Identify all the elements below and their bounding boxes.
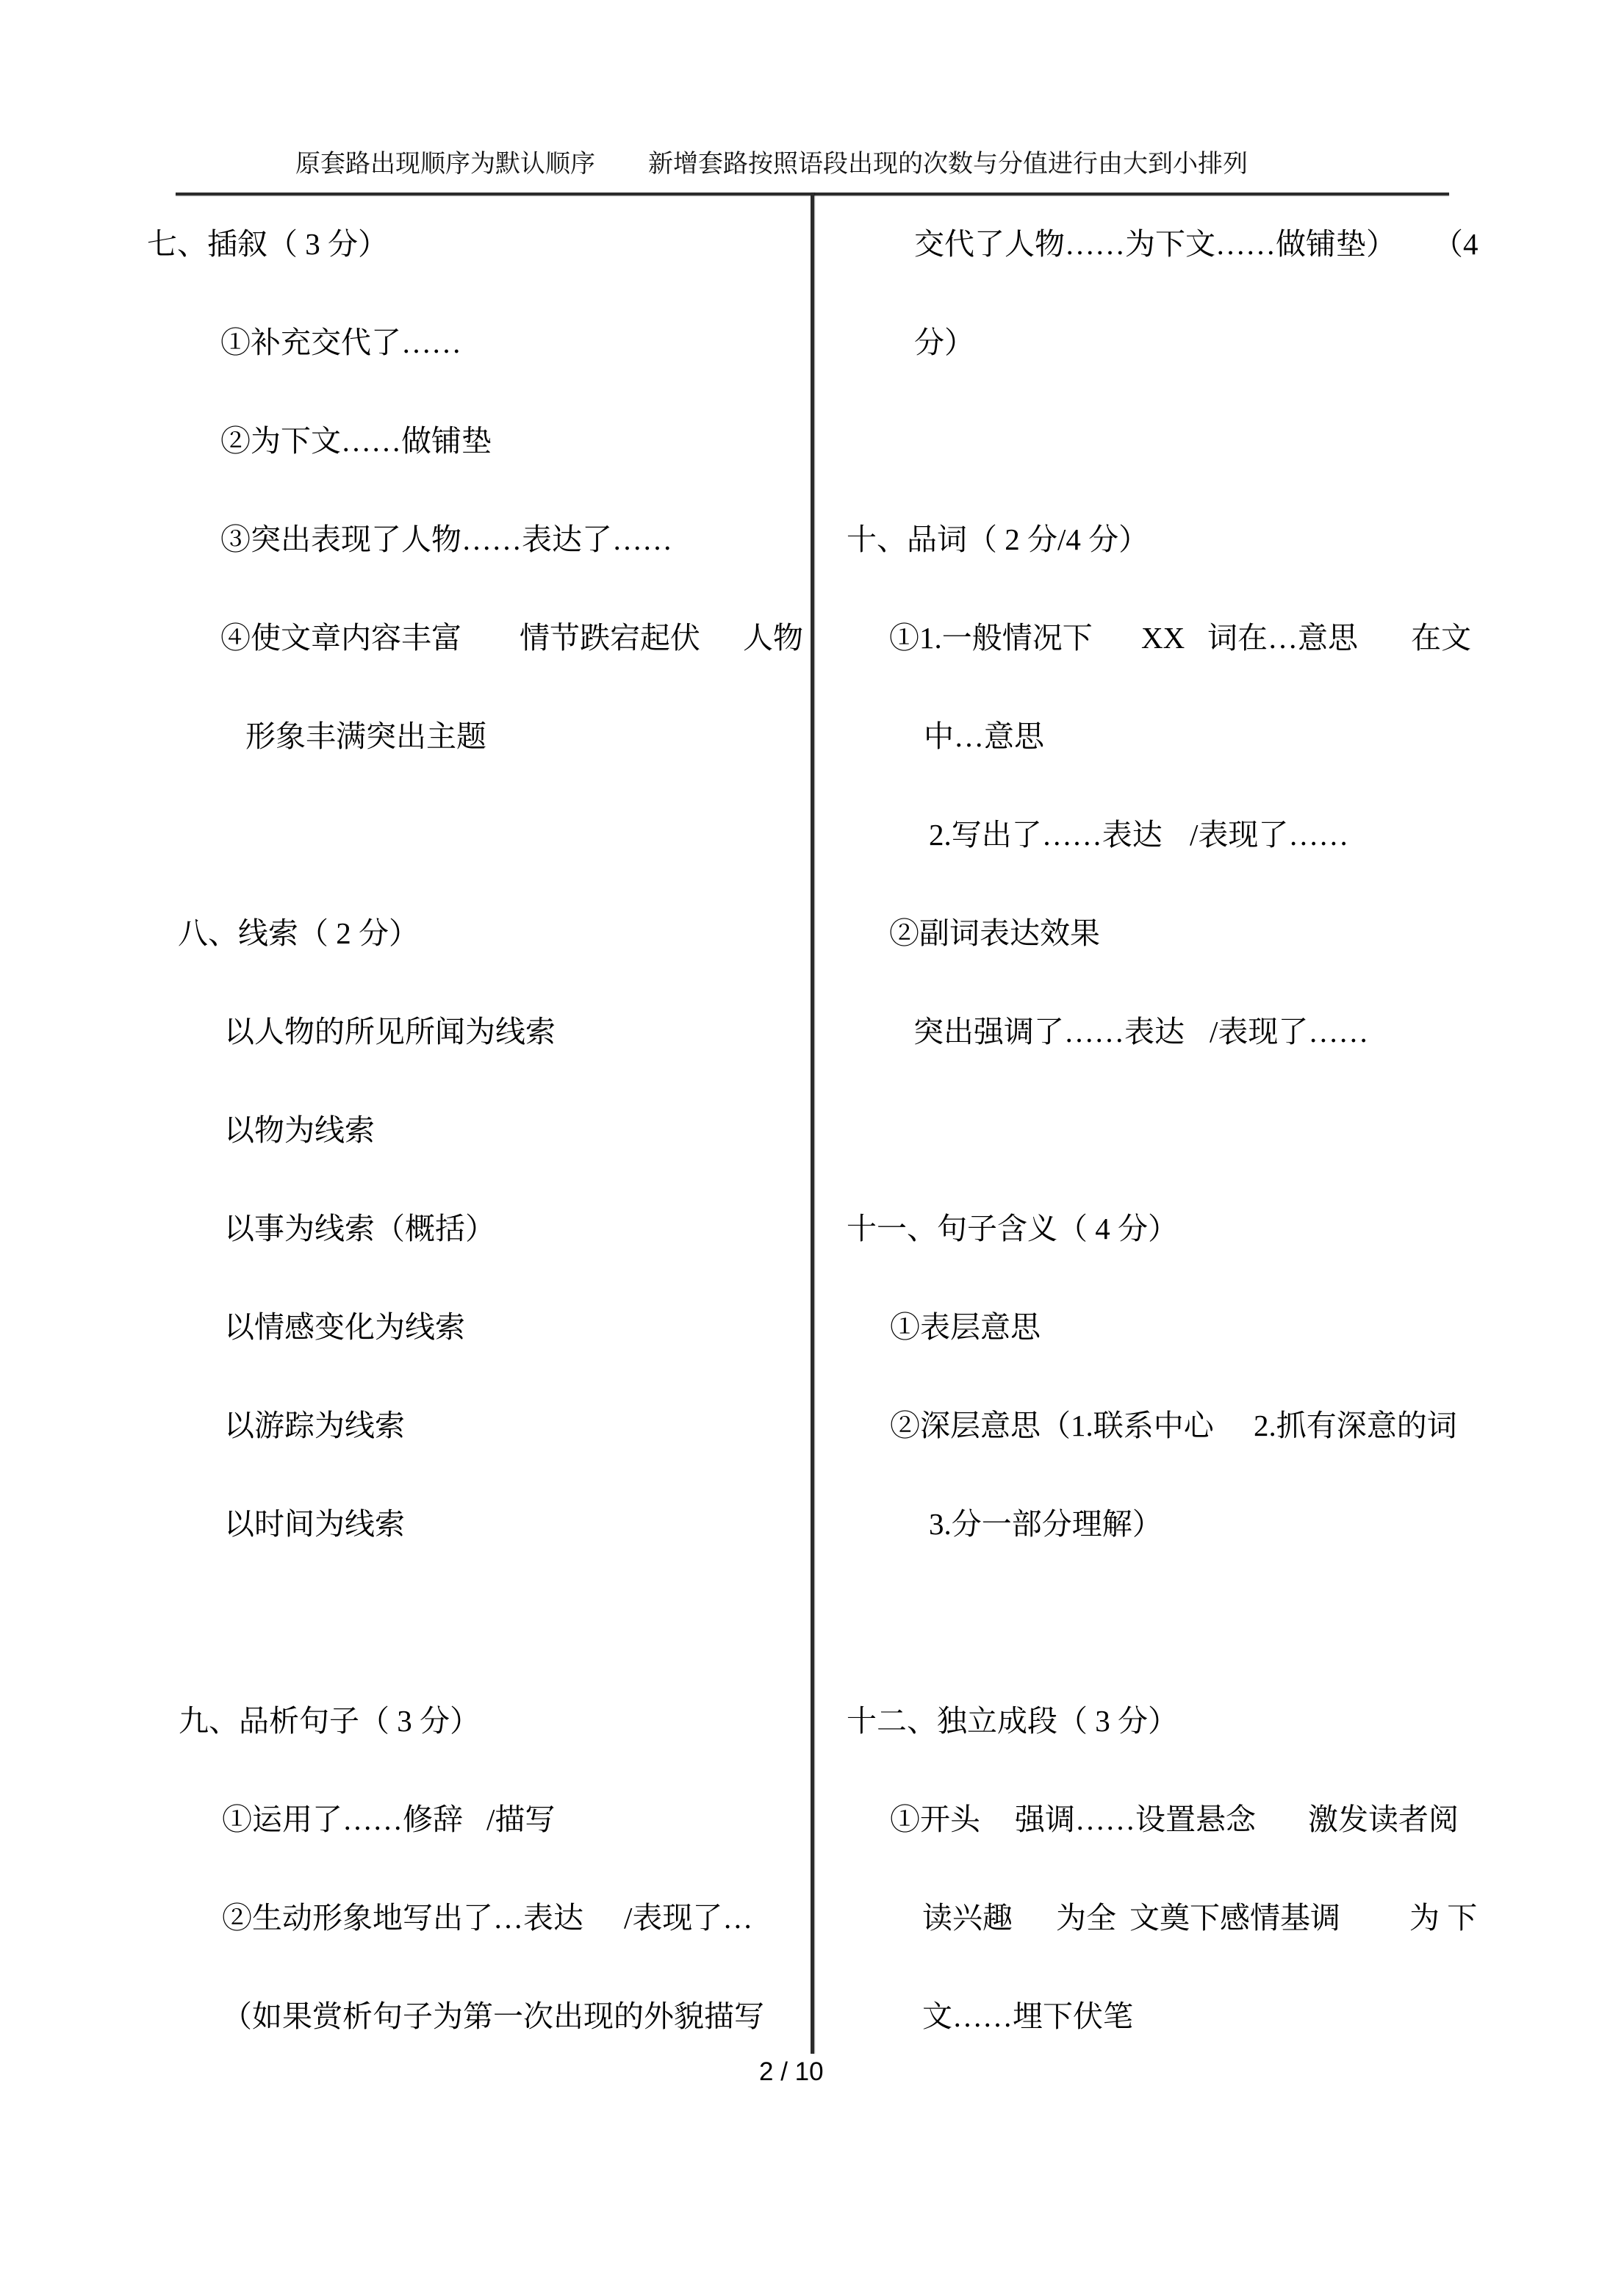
list-item: 3.分一部分理解） [0, 1506, 1624, 1542]
list-item-text: 词在…意思 [1207, 619, 1358, 656]
list-item-text: /表现了…… [1210, 1013, 1368, 1050]
list-item: 2.写出了……表达 /表现了…… [0, 816, 1624, 853]
list-item-text: 交代了人物……为下文……做铺垫） [914, 226, 1396, 262]
list-item: ②副词表达效果 [0, 915, 1624, 952]
heading-section-11-sentence-meaning: 十一、句子含义（ 4 分） [847, 1210, 1178, 1247]
list-item-text: 2.写出了……表达 [929, 816, 1163, 853]
list-item-text: 激发读者阅 [1308, 1801, 1459, 1838]
list-item-text: （4 [1433, 226, 1479, 262]
list-item-text: 中…意思 [924, 718, 1044, 755]
list-item: ②深层意思（1.联系中心 2.抓有深意的词 [0, 1407, 1624, 1444]
list-item-text: ①开头 [890, 1801, 980, 1838]
list-item: 突出强调了……表达 /表现了…… [0, 1013, 1624, 1050]
list-item-text: 文奠下感情基调 [1129, 1899, 1340, 1936]
list-item: 读兴趣 为全 文奠下感情基调 为 下 [0, 1899, 1624, 1936]
list-item-text: /表现了…… [1190, 816, 1348, 853]
list-item-text: 2.抓有深意的词 [1254, 1407, 1457, 1444]
list-item: 中…意思 [0, 718, 1624, 755]
list-item-text: XX [1141, 619, 1185, 656]
heading-section-10-word-analysis: 十、品词（ 2 分/4 分） [847, 521, 1149, 558]
list-item-text: 文……埋下伏笔 [922, 1998, 1133, 2035]
list-item-text: ①表层意思 [890, 1309, 1041, 1345]
document-page: 原套路出现顺序为默认顺序 新增套路按照语段出现的次数与分值进行由大到小排列 七、… [0, 0, 1624, 2294]
page-number: 2 / 10 [759, 2056, 824, 2088]
section-heading-row: 十二、独立成段（ 3 分） [0, 1702, 1624, 1739]
list-item-continuation: 交代了人物……为下文……做铺垫） （4 [0, 226, 1624, 262]
list-item: ①表层意思 [0, 1309, 1624, 1345]
list-item-text: 读兴趣 [922, 1899, 1013, 1936]
section-heading-row: 十、品词（ 2 分/4 分） [0, 521, 1624, 558]
list-item: 文……埋下伏笔 [0, 1998, 1624, 2035]
list-item-text: 为 下 [1409, 1899, 1477, 1936]
list-item-continuation: 分） [0, 324, 1624, 361]
list-item-text: ②深层意思（1.联系中心 [890, 1407, 1214, 1444]
list-item: ①开头 强调……设置悬念 激发读者阅 [0, 1801, 1624, 1838]
right-column: 交代了人物……为下文……做铺垫） （4 分） 十、品词（ 2 分/4 分） ①1… [0, 0, 1624, 2294]
list-item-text: 3.分一部分理解） [929, 1506, 1163, 1542]
list-item-text: 突出强调了……表达 [913, 1013, 1185, 1050]
list-item-text: 分） [914, 324, 974, 361]
list-item-text: ①1.一般情况下 [889, 619, 1093, 656]
list-item-text: 强调……设置悬念 [1015, 1801, 1256, 1838]
list-item: ①1.一般情况下 XX 词在…意思 在文 [0, 619, 1624, 656]
list-item-text: ②副词表达效果 [889, 915, 1100, 952]
list-item-text: 在文 [1411, 619, 1471, 656]
section-heading-row: 十一、句子含义（ 4 分） [0, 1210, 1624, 1247]
list-item-text: 为全 [1056, 1899, 1116, 1936]
heading-section-12-standalone-paragraph: 十二、独立成段（ 3 分） [847, 1702, 1178, 1739]
